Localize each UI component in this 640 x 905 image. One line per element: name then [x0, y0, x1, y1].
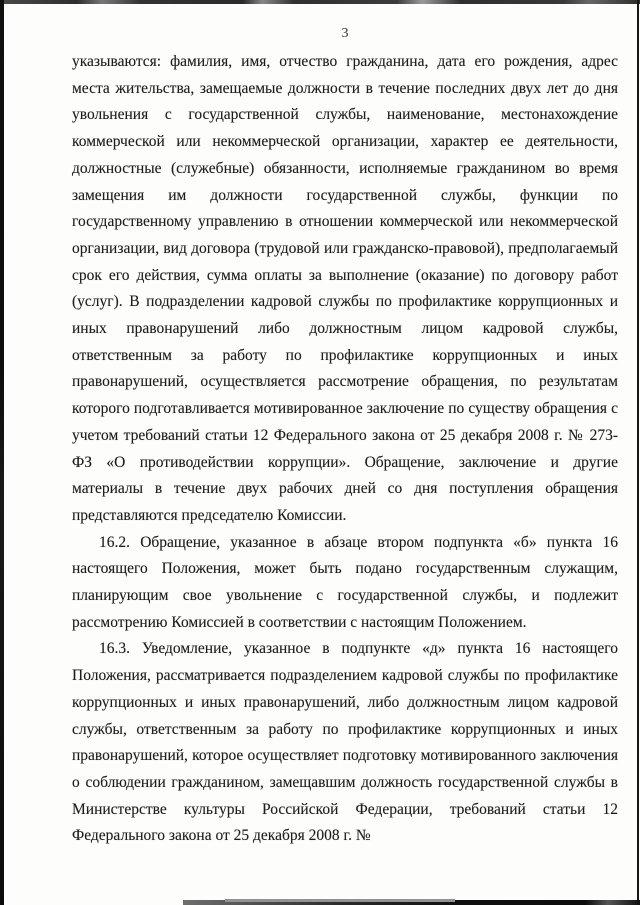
scan-artifact-bottom-gray-line — [225, 899, 455, 902]
scan-artifact-left-edge — [0, 0, 4, 905]
paragraph-16-2: 16.2. Обращение, указанное в абзаце втор… — [72, 530, 618, 637]
document-body: указываются: фамилия, имя, отчество граж… — [72, 49, 618, 850]
scan-artifact-right-edge — [637, 0, 639, 905]
scan-artifact-top-edge — [0, 0, 640, 4]
page-number: 3 — [72, 26, 618, 42]
paragraph-continuation: указываются: фамилия, имя, отчество граж… — [72, 49, 618, 530]
paragraph-16-3: 16.3. Уведомление, указанное в подпункте… — [72, 636, 618, 850]
